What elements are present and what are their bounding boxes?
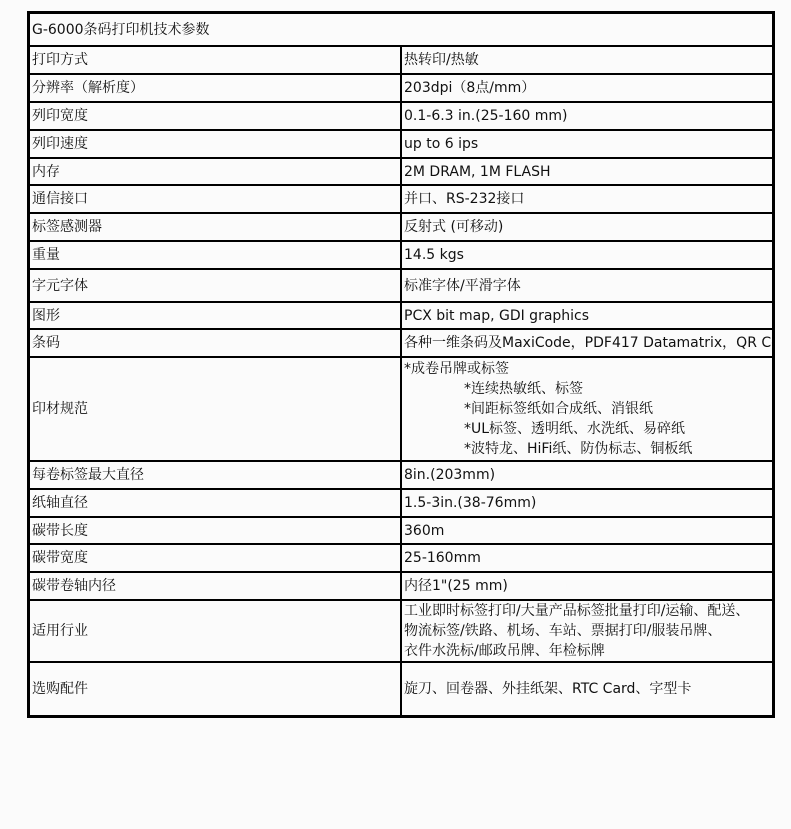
spec-value-list: 工业即时标签打印/大量产品标签批量打印/运输、配送、 物流标签/铁路、机场、车站… [401,600,774,662]
spec-value: 并口、RS-232接口 [401,185,774,213]
spec-key: 选购配件 [29,662,402,716]
table-row: 适用行业 工业即时标签打印/大量产品标签批量打印/运输、配送、 物流标签/铁路、… [29,600,774,662]
spec-value: 标准字体/平滑字体 [401,269,774,302]
spec-value: PCX bit map, GDI graphics [401,302,774,329]
spec-value: up to 6 ips [401,130,774,158]
media-item: *连续热敏纸、标签 [404,379,772,399]
media-item: *成卷吊牌或标签 [404,359,772,379]
spec-table: G-6000条码打印机技术参数 打印方式 热转印/热敏 分辨率（解析度） 203… [27,11,775,718]
spec-key: 列印宽度 [29,102,402,130]
spec-value: 8in.(203mm) [401,461,774,489]
spec-value-list: *成卷吊牌或标签 *连续热敏纸、标签 *间距标签纸如合成纸、消银纸 *UL标签、… [401,357,774,461]
spec-value: 360m [401,517,774,544]
table-row: 图形 PCX bit map, GDI graphics [29,302,774,329]
spec-value: 旋刀、回卷器、外挂纸架、RTC Card、字型卡 [401,662,774,716]
table-row: 条码 各种一维条码及MaxiCode，PDF417 Datamatrix，QR … [29,329,774,357]
spec-key: 字元字体 [29,269,402,302]
spec-key: 列印速度 [29,130,402,158]
spec-value: 2M DRAM, 1M FLASH [401,158,774,185]
spec-key: 分辨率（解析度） [29,74,402,102]
spec-value: 0.1-6.3 in.(25-160 mm) [401,102,774,130]
spec-key: 碳带宽度 [29,544,402,572]
spec-key: 条码 [29,329,402,357]
spec-key: 内存 [29,158,402,185]
spec-key: 每卷标签最大直径 [29,461,402,489]
table-row: 纸轴直径 1.5-3in.(38-76mm) [29,489,774,517]
table-row: 列印速度 up to 6 ips [29,130,774,158]
spec-value: 反射式 (可移动) [401,213,774,241]
industry-line: 工业即时标签打印/大量产品标签批量打印/运输、配送、 [404,601,772,621]
table-row: 碳带卷轴内径 内径1"(25 mm) [29,572,774,600]
table-row: 列印宽度 0.1-6.3 in.(25-160 mm) [29,102,774,130]
industry-line: 物流标签/铁路、机场、车站、票据打印/服装吊牌、 [404,621,772,641]
title-row: G-6000条码打印机技术参数 [29,13,774,47]
spec-key: 打印方式 [29,46,402,74]
media-item: *波特龙、HiFi纸、防伪标志、铜板纸 [404,439,772,459]
spec-value: 内径1"(25 mm) [401,572,774,600]
spec-key: 标签感测器 [29,213,402,241]
spec-value: 14.5 kgs [401,241,774,269]
table-title: G-6000条码打印机技术参数 [29,13,774,47]
table-row: 标签感测器 反射式 (可移动) [29,213,774,241]
table-row: 字元字体 标准字体/平滑字体 [29,269,774,302]
spec-key: 通信接口 [29,185,402,213]
industry-line: 衣件水洗标/邮政吊牌、年检标牌 [404,641,772,661]
table-row: 通信接口 并口、RS-232接口 [29,185,774,213]
table-row: 选购配件 旋刀、回卷器、外挂纸架、RTC Card、字型卡 [29,662,774,716]
spec-key: 碳带卷轴内径 [29,572,402,600]
table-row: 打印方式 热转印/热敏 [29,46,774,74]
table-row: 重量 14.5 kgs [29,241,774,269]
spec-key: 印材规范 [29,357,402,461]
spec-value: 热转印/热敏 [401,46,774,74]
spec-key: 碳带长度 [29,517,402,544]
spec-value: 1.5-3in.(38-76mm) [401,489,774,517]
media-item: *UL标签、透明纸、水洗纸、易碎纸 [404,419,772,439]
spec-key: 图形 [29,302,402,329]
spec-value: 25-160mm [401,544,774,572]
spec-value: 各种一维条码及MaxiCode，PDF417 Datamatrix，QR Cod… [401,329,774,357]
spec-key: 适用行业 [29,600,402,662]
spec-key: 纸轴直径 [29,489,402,517]
table-row: 印材规范 *成卷吊牌或标签 *连续热敏纸、标签 *间距标签纸如合成纸、消银纸 *… [29,357,774,461]
table-row: 碳带长度 360m [29,517,774,544]
table-row: 每卷标签最大直径 8in.(203mm) [29,461,774,489]
table-row: 碳带宽度 25-160mm [29,544,774,572]
spec-value: 203dpi（8点/mm） [401,74,774,102]
table-row: 分辨率（解析度） 203dpi（8点/mm） [29,74,774,102]
media-item: *间距标签纸如合成纸、消银纸 [404,399,772,419]
spec-key: 重量 [29,241,402,269]
table-row: 内存 2M DRAM, 1M FLASH [29,158,774,185]
